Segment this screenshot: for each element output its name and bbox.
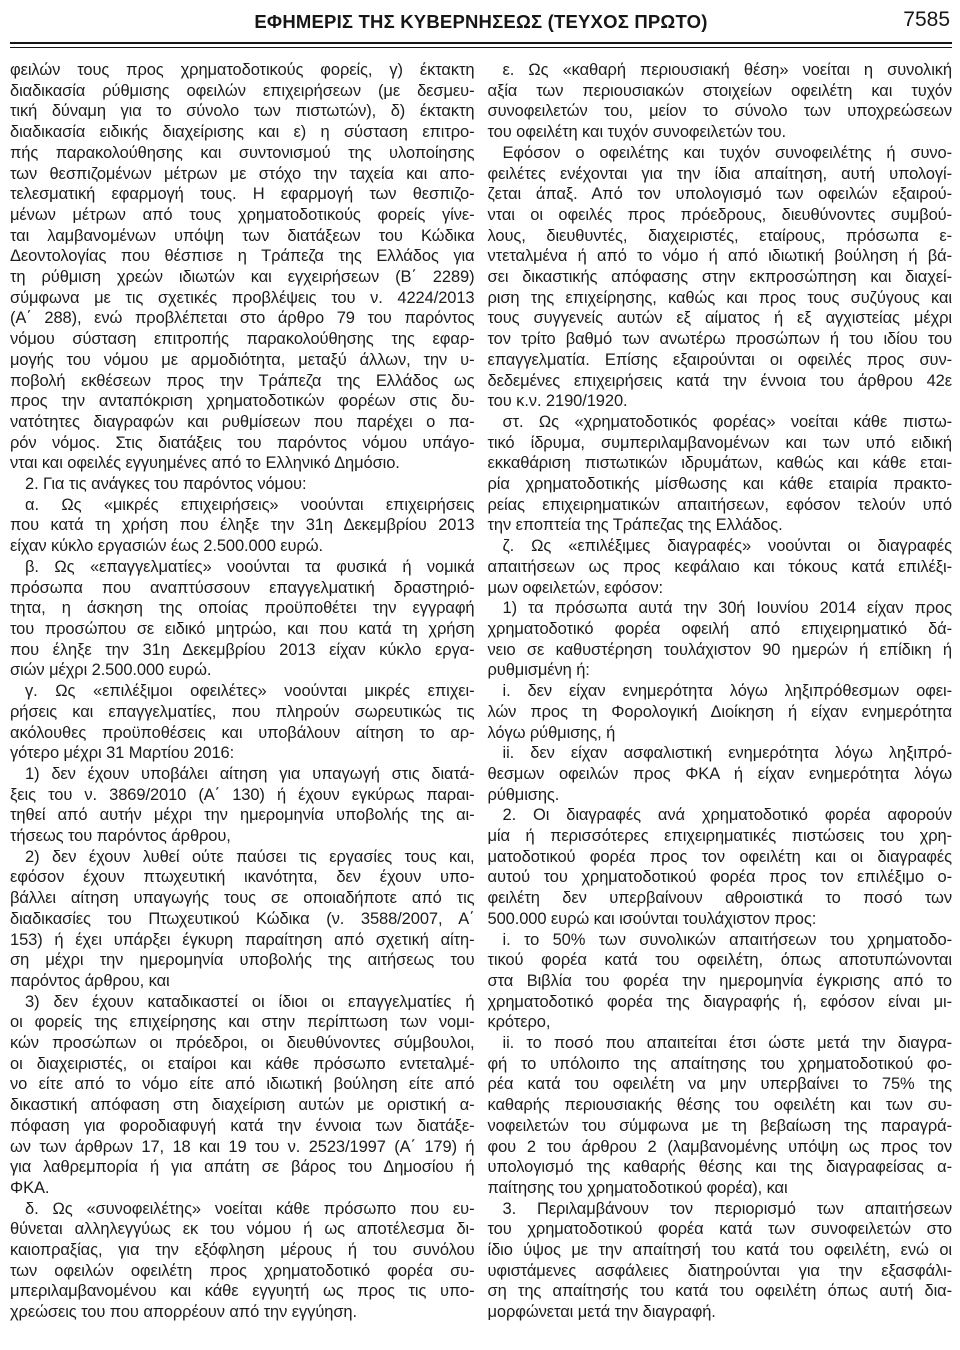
text-line: εφόσον έχουν πτωχευτική ικανότητα, δεν έ… [10, 867, 475, 888]
text-line: ματοδοτικού φορέα προς τον οφειλέτη και … [488, 847, 953, 868]
text-line: 500.000 ευρώ και ισούνται τουλάχιστον πρ… [488, 909, 953, 930]
text-line: ρέα κατά του οφειλέτη να μην υπερβαίνει … [488, 1074, 953, 1095]
text-line: ση μέχρι την ημερομηνία υποβολής της αιτ… [10, 950, 475, 971]
text-line: νο είτε από το νόμο είτε από ιδιωτική βο… [10, 1074, 475, 1095]
text-line: που έληξε την 31η Δεκεμβρίου 2013 είχαν … [10, 640, 475, 661]
text-line: μένων μέτρων από τους χρηματοδοτικούς φο… [10, 205, 475, 226]
text-line: ξεις του ν. 3869/2010 (Α΄ 130) ή έχουν ε… [10, 785, 475, 806]
text-line: αυτού του χρηματοδοτικού φορέα προς τον … [488, 867, 953, 888]
text-line: ii. το ποσό που απαιτείται έτσι ώστε μετ… [488, 1033, 953, 1054]
text-line: ίδιο ύψος με την απαίτησή του κατά του ο… [488, 1240, 953, 1261]
paragraph: β. Ως «επαγγελματίες» νοούνται τα φυσικά… [10, 557, 475, 681]
text-line: χρηματοδοτικό φορέα οφειλή από επιχειρημ… [488, 619, 953, 640]
text-line: τήσεως του παρόντος άρθρου, [10, 826, 475, 847]
text-line: 2) δεν έχουν λυθεί ούτε παύσει τις εργασ… [10, 847, 475, 868]
text-line: α. Ως «μικρές επιχειρήσεις» νοούνται επι… [10, 495, 475, 516]
text-line: 1) τα πρόσωπα αυτά την 30ή Ιουνίου 2014 … [488, 598, 953, 619]
text-line: 3. Περιλαμβάνουν τον περιορισμό των απαι… [488, 1199, 953, 1220]
text-line: χρεώσεις του που απορρέουν από την εγγύη… [10, 1302, 475, 1323]
text-line: ρήσεις και επαγγελματίες, που πληρούν σω… [10, 702, 475, 723]
text-line: για λαθρεμπορία ή για απάτη σε βάρος του… [10, 1157, 475, 1178]
text-line: νοφειλετών του σύμφωνα με τη βεβαίωση τη… [488, 1116, 953, 1137]
page-number: 7585 [903, 8, 950, 32]
text-line: ζ. Ως «επιλέξιμες διαγραφές» νοούνται οι… [488, 536, 953, 557]
text-line: ση της απαίτησής του κατά του οφειλέτη ό… [488, 1281, 953, 1302]
paragraph: 1) δεν έχουν υποβάλει αίτηση για υπαγωγή… [10, 764, 475, 847]
text-line: την εποπτεία της Τράπεζας της Ελλάδος. [488, 515, 953, 536]
text-line: πής παρακολούθησης και συντονισμού της υ… [10, 143, 475, 164]
paragraph: γ. Ως «επιλέξιμοι οφειλέτες» νοούνται μι… [10, 681, 475, 764]
text-line: δικαστική απόφαση στη διαχείριση αυτών μ… [10, 1095, 475, 1116]
paragraph: ε. Ως «καθαρή περιουσιακή θέση» νοείται … [488, 60, 953, 143]
text-line: νται και οφειλές εγγυημένες από το Ελλην… [10, 453, 475, 474]
text-line: νατότητες διαγραφών και ρυθμίσεων που πα… [10, 412, 475, 433]
text-line: χρηματοδοτικό φορέα της διαγραφής ή, εφό… [488, 992, 953, 1013]
paragraph: στ. Ως «χρηματοδοτικός φορέας» νοείται κ… [488, 412, 953, 536]
text-line: ρία χρηματοδοτικής μίσθωσης και κάθε ετα… [488, 474, 953, 495]
text-line: δεδεμένες επιχειρήσεις κατά την έννοια τ… [488, 371, 953, 392]
paragraph: φειλών τους προς χρηματοδοτικούς φορείς,… [10, 60, 475, 474]
text-line: θύνεται αλληλεγγύως εκ του νόμου ή ως απ… [10, 1219, 475, 1240]
header-rule [10, 42, 952, 48]
text-line: σει δικαστικής απόφασης στην εκπροσώπηση… [488, 267, 953, 288]
text-line: πρόσωπα που αναπτύσσουν επαγγελματική δρ… [10, 578, 475, 599]
text-line: λών προς τη Φορολογική Διοίκηση ή είχαν … [488, 702, 953, 723]
text-line: 153) ή έχει υπάρξει έγκυρη παραίτηση από… [10, 930, 475, 951]
paragraph: δ. Ως «συνοφειλέτης» νοείται κάθε πρόσωπ… [10, 1199, 475, 1323]
paragraph: ii. δεν είχαν ασφαλιστική ενημερότητα λό… [488, 743, 953, 805]
text-line: διαδικασία ρύθμισης οφειλών επιχειρήσεων… [10, 81, 475, 102]
text-line: διαδικασίες του Πτωχευτικού Κώδικα (ν. 3… [10, 909, 475, 930]
paragraph: 2. Για τις ανάγκες του παρόντος νόμου: [10, 474, 475, 495]
page-header: ΕΦΗΜΕΡΙΣ ΤΗΣ ΚΥΒΕΡΝΗΣΕΩΣ (ΤΕΥΧΟΣ ΠΡΩΤΟ) … [10, 0, 952, 42]
paragraph: 1) τα πρόσωπα αυτά την 30ή Ιουνίου 2014 … [488, 598, 953, 681]
text-line: i. το 50% των συνολικών απαιτήσεων του χ… [488, 930, 953, 951]
text-line: γ. Ως «επιλέξιμοι οφειλέτες» νοούνται μι… [10, 681, 475, 702]
text-line: φειλέτη δεν υπερβαίνουν αθροιστικά το πο… [488, 888, 953, 909]
text-line: των θεσπιζομένων μέτρων με στόχο την ταχ… [10, 164, 475, 185]
text-line: ΦΚΑ. [10, 1178, 475, 1199]
text-line: των οφειλών οφειλέτη προς χρηματοδοτικό … [10, 1261, 475, 1282]
text-line: καθαρής περιουσιακής θέσης του οφειλέτη … [488, 1095, 953, 1116]
text-line: ων των άρθρων 17, 18 και 19 του ν. 2523/… [10, 1137, 475, 1158]
text-line: νται οι οφειλές προς πρόεδρους, διευθύνο… [488, 205, 953, 226]
text-line: ii. δεν είχαν ασφαλιστική ενημερότητα λό… [488, 743, 953, 764]
text-line: φου 2 του άρθρου 2 (λαμβανομένης υπόψη ω… [488, 1137, 953, 1158]
text-line: κών προσώπων οι πρόεδροι, οι διευθύνοντε… [10, 1033, 475, 1054]
paragraph: ii. το ποσό που απαιτείται έτσι ώστε μετ… [488, 1033, 953, 1199]
paragraph: 3) δεν έχουν καταδικαστεί οι ίδιοι οι επ… [10, 992, 475, 1199]
text-line: σιών μέχρι 2.500.000 ευρώ. [10, 660, 475, 681]
text-line: καιοπραξίας, για την εξόφληση μέρους ή τ… [10, 1240, 475, 1261]
text-line: στ. Ως «χρηματοδοτικός φορέας» νοείται κ… [488, 412, 953, 433]
text-line: διαδικασία ειδικής διαχείρισης και ε) η … [10, 122, 475, 143]
text-line: 2. Οι διαγραφές ανά χρηματοδοτικό φορέα … [488, 805, 953, 826]
text-line: τικό ίδρυμα, συμπεριλαμβανομένων και των… [488, 433, 953, 454]
text-line: ζεται άπαξ. Από τον υπολογισμό των οφειλ… [488, 184, 953, 205]
text-line: μία ή περισσότερες επιχειρηματικές πιστώ… [488, 826, 953, 847]
text-line: υπολογισμό της καθαρής θέσης και της δια… [488, 1157, 953, 1178]
text-line: β. Ως «επαγγελματίες» νοούνται τα φυσικά… [10, 557, 475, 578]
text-line: ριση της επιχείρησης, καθώς και προς του… [488, 288, 953, 309]
text-line: ποβολή εκθέσεων προς την Τράπεζα της Ελλ… [10, 371, 475, 392]
text-line: νόμου σύσταση επιτροπής παρακολούθησης τ… [10, 329, 475, 350]
text-line: τελεσματική εφαρμογή τους. Η εφαρμογή τω… [10, 184, 475, 205]
paragraph: i. δεν είχαν ενημερότητα λόγω ληξιπρόθεσ… [488, 681, 953, 743]
text-line: φειλέτες ενέχονται για την ίδια απαίτηση… [488, 164, 953, 185]
text-line: τους συγγενείς αυτών εξ αίματος ή εξ αγχ… [488, 308, 953, 329]
text-line: επαγγελματία. Επίσης εξαιρούνται οι οφει… [488, 350, 953, 371]
text-line: ρύθμισης. [488, 785, 953, 806]
text-line: 2. Για τις ανάγκες του παρόντος νόμου: [10, 474, 475, 495]
text-line: ε. Ως «καθαρή περιουσιακή θέση» νοείται … [488, 60, 953, 81]
text-line: Δεοντολογίας που θέσπισε η Τράπεζα της Ε… [10, 246, 475, 267]
text-line: μογής του νόμου με αρμοδιότητα, μεταξύ ά… [10, 350, 475, 371]
left-column: φειλών τους προς χρηματοδοτικούς φορείς,… [10, 60, 475, 1323]
gazette-page: ΕΦΗΜΕΡΙΣ ΤΗΣ ΚΥΒΕΡΝΗΣΕΩΣ (ΤΕΥΧΟΣ ΠΡΩΤΟ) … [0, 0, 960, 1350]
text-line: κρότερο, [488, 1012, 953, 1033]
text-line: παίτησης του χρηματοδοτικού φορέα), και [488, 1178, 953, 1199]
text-line: που κατά τη χρήση που έληξε την 31η Δεκε… [10, 515, 475, 536]
text-line: ρείας επιχειρηματικών απαιτήσεων, εφόσον… [488, 495, 953, 516]
text-line: αξία των περιουσιακών στοιχείων οφειλέτη… [488, 81, 953, 102]
text-line: του κ.ν. 2190/1920. [488, 391, 953, 412]
text-line: τον τρίτο βαθμό των ανωτέρω προσώπων ή τ… [488, 329, 953, 350]
text-line: ρόν νόμος. Στις διατάξεις του παρόντος ν… [10, 433, 475, 454]
text-line: μων οφειλετών, εφόσον: [488, 578, 953, 599]
paragraph: Εφόσον ο οφειλέτης και τυχόν συνοφειλέτη… [488, 143, 953, 412]
text-line: 1) δεν έχουν υποβάλει αίτηση για υπαγωγή… [10, 764, 475, 785]
text-line: (Α΄ 288), ενώ προβλέπεται στο άρθρο 79 τ… [10, 308, 475, 329]
text-line: σύμφωνα με τις σχετικές προβλέψεις του ν… [10, 288, 475, 309]
text-line: ται λαμβανομένων υπόψη των διατάξεων του… [10, 226, 475, 247]
text-line: του προσώπου σε ειδικό μητρώο, και που κ… [10, 619, 475, 640]
paragraph: ζ. Ως «επιλέξιμες διαγραφές» νοούνται οι… [488, 536, 953, 598]
text-line: τική δύναμη για το σύνολο των πιστωτών),… [10, 101, 475, 122]
text-line: παρόντος άρθρου, και [10, 971, 475, 992]
text-line: λους, διευθυντές, διαχειριστές, εταίρους… [488, 226, 953, 247]
text-line: ρυθμισμένη ή: [488, 660, 953, 681]
text-line: του χρηματοδοτικού φορέα κατά των συνοφε… [488, 1219, 953, 1240]
text-line: πόφαση για φοροδιαφυγή κατά την έννοια τ… [10, 1116, 475, 1137]
text-line: υφιστάμενες ασφάλειες διατηρούνται για τ… [488, 1261, 953, 1282]
text-line: τικού φορέα κατά του οφειλέτη, όπως αποτ… [488, 950, 953, 971]
text-line: οι φορείς της επιχείρησης και στην περίπ… [10, 1012, 475, 1033]
text-line: γότερο μέχρι 31 Μαρτίου 2016: [10, 743, 475, 764]
text-line: μορφώνεται μετά την διαγραφή. [488, 1302, 953, 1323]
text-line: είχαν κύκλο εργασιών έως 2.500.000 ευρώ. [10, 536, 475, 557]
text-line: φειλών τους προς χρηματοδοτικούς φορείς,… [10, 60, 475, 81]
text-line: λόγω ρύθμισης, ή [488, 723, 953, 744]
text-line: απαιτήσεων ως προς κεφάλαιο και τόκους κ… [488, 557, 953, 578]
text-line: τη ρύθμιση χρεών ιδιωτών και εγχειρήσεων… [10, 267, 475, 288]
text-line: στα Βιβλία του φορέα την ημερομηνία έγκρ… [488, 971, 953, 992]
text-line: βάλλει αίτηση υπαγωγής τους σε οποιαδήπο… [10, 888, 475, 909]
text-line: φή το υπόλοιπο της απαίτησης του χρηματο… [488, 1054, 953, 1075]
paragraph: i. το 50% των συνολικών απαιτήσεων του χ… [488, 930, 953, 1034]
text-line: νειο σε καθυστέρηση τουλάχιστον 90 ημερώ… [488, 640, 953, 661]
right-column: ε. Ως «καθαρή περιουσιακή θέση» νοείται … [488, 60, 953, 1323]
text-line: i. δεν είχαν ενημερότητα λόγω ληξιπρόθεσ… [488, 681, 953, 702]
text-line: μπεριλαμβανομένου και κάθε εγγυητή ως πρ… [10, 1281, 475, 1302]
text-line: θεσμων οφειλών προς ΦΚΑ ή είχαν ενημερότ… [488, 764, 953, 785]
paragraph: 3. Περιλαμβάνουν τον περιορισμό των απαι… [488, 1199, 953, 1323]
text-line: 3) δεν έχουν καταδικαστεί οι ίδιοι οι επ… [10, 992, 475, 1013]
text-line: οι διαχειριστές, οι εταίροι και κάθε πρό… [10, 1054, 475, 1075]
text-line: του οφειλέτη και τυχόν συνοφειλετών του. [488, 122, 953, 143]
text-line: τηθεί από αυτήν μέχρι την ημερομηνία υπο… [10, 805, 475, 826]
page-title: ΕΦΗΜΕΡΙΣ ΤΗΣ ΚΥΒΕΡΝΗΣΕΩΣ (ΤΕΥΧΟΣ ΠΡΩΤΟ) [10, 10, 952, 34]
text-line: ακόλουθες προϋποθέσεις και υποβάλουν αίτ… [10, 723, 475, 744]
paragraph: α. Ως «μικρές επιχειρήσεις» νοούνται επι… [10, 495, 475, 557]
paragraph: 2. Οι διαγραφές ανά χρηματοδοτικό φορέα … [488, 805, 953, 929]
text-line: τητα, η άσκηση της οποίας προϋποθέτει τη… [10, 598, 475, 619]
document-body: φειλών τους προς χρηματοδοτικούς φορείς,… [10, 60, 952, 1323]
text-line: εκκαθάριση πιστωτικών ιδρυμάτων, καθώς κ… [488, 453, 953, 474]
text-line: δ. Ως «συνοφειλέτης» νοείται κάθε πρόσωπ… [10, 1199, 475, 1220]
text-line: Εφόσον ο οφειλέτης και τυχόν συνοφειλέτη… [488, 143, 953, 164]
text-line: προς την ανταπόκριση χρηματοδοτικών φορέ… [10, 391, 475, 412]
text-line: ντεταλμένα ή από το νόμο ή από ιδιωτική … [488, 246, 953, 267]
paragraph: 2) δεν έχουν λυθεί ούτε παύσει τις εργασ… [10, 847, 475, 992]
text-line: συνοφειλετών του, μείον το σύνολο των υπ… [488, 101, 953, 122]
